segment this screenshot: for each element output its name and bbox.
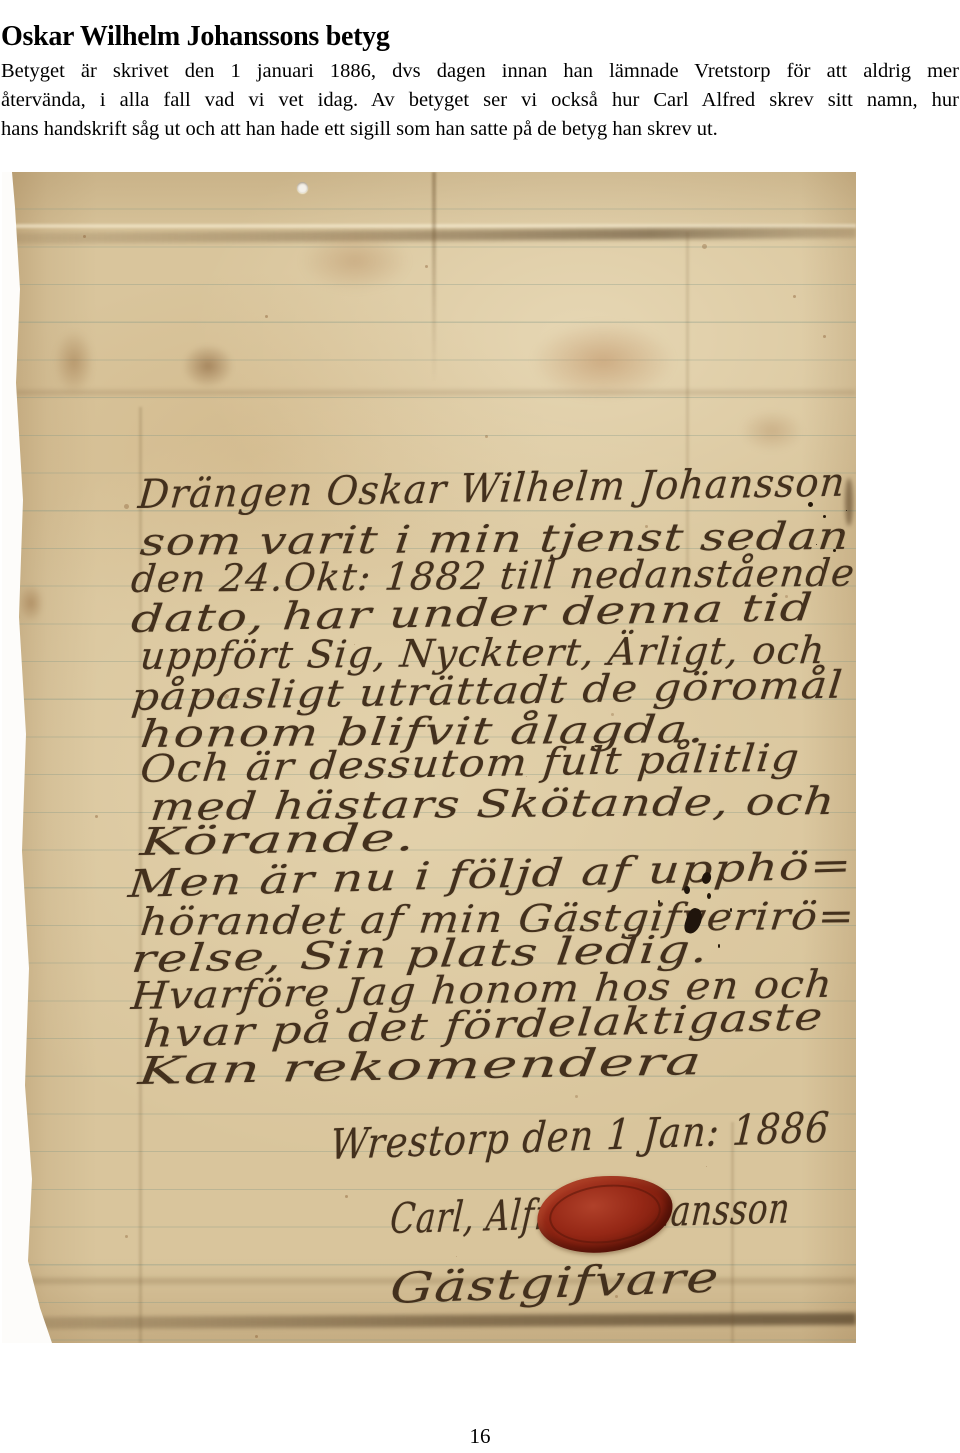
- intro-line: Betyget är skrivet den 1 januari 1886, d…: [1, 57, 959, 86]
- intro-line: hans handskrift såg ut och att han hade …: [1, 115, 959, 144]
- stain: [182, 344, 234, 388]
- certificate-scan: Drängen Oskar Wilhelm Johansson som vari…: [2, 172, 856, 1343]
- fold-crease-vertical: [432, 172, 436, 382]
- ink-blot: [684, 886, 690, 894]
- stain: [18, 584, 44, 622]
- fold-crease-upper: [2, 390, 856, 395]
- intro-paragraph: Betyget är skrivet den 1 januari 1886, d…: [1, 57, 959, 144]
- page-number: 16: [0, 1424, 960, 1449]
- stain: [300, 230, 410, 292]
- stain: [533, 322, 673, 400]
- stain: [740, 410, 804, 452]
- stain: [54, 330, 94, 394]
- page-title: Oskar Wilhelm Johanssons betyg: [1, 21, 390, 53]
- ink-speckles: [808, 502, 813, 507]
- hole-punch: [297, 182, 308, 193]
- intro-line: återvända, i alla fall vad vi vet idag. …: [1, 86, 959, 115]
